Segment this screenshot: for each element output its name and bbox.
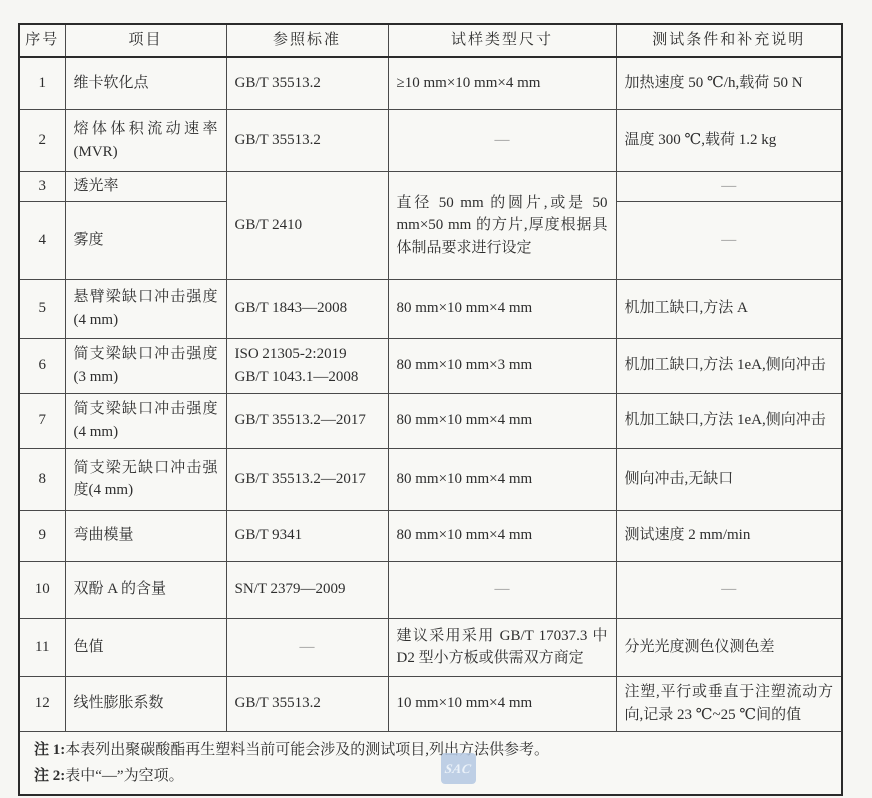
item-cell: 悬臂梁缺口冲击强度(4 mm) [65,279,226,338]
sample-cell: 10 mm×10 mm×4 mm [388,676,616,731]
condition-cell: 机加工缺口,方法 A [616,279,842,338]
condition-cell-empty: — [616,201,842,279]
condition-cell-empty: — [616,561,842,618]
item-cell: 雾度 [65,201,226,279]
item-cell: 色值 [65,618,226,676]
condition-cell: 侧向冲击,无缺口 [616,448,842,510]
row-number-cell: 8 [19,448,65,510]
sac-watermark-text: SAC [444,761,473,777]
table-row: 6 简支梁缺口冲击强度(3 mm) ISO 21305-2:2019 GB/T … [19,338,842,393]
sample-cell: 建议采用采用 GB/T 17037.3 中 D2 型小方板或供需双方商定 [388,618,616,676]
table-row: 11 色值 — 建议采用采用 GB/T 17037.3 中 D2 型小方板或供需… [19,618,842,676]
table-row: 1 维卡软化点 GB/T 35513.2 ≥10 mm×10 mm×4 mm 加… [19,57,842,110]
row-number-cell: 1 [19,57,65,110]
table-row: 9 弯曲模量 GB/T 9341 80 mm×10 mm×4 mm 测试速度 2… [19,510,842,561]
standard-line-1: ISO 21305-2:2019 [235,343,380,366]
sample-cell: 80 mm×10 mm×4 mm [388,279,616,338]
note-2: 注 2:表中“—”为空项。 [34,763,835,789]
item-cell: 简支梁无缺口冲击强度(4 mm) [65,448,226,510]
table-header-row: 序号 项目 参照标准 试样类型尺寸 测试条件和补充说明 [19,24,842,57]
row-number-cell: 6 [19,338,65,393]
table-row: 3 透光率 GB/T 2410 直径 50 mm 的圆片,或是 50 mm×50… [19,172,842,202]
note-1: 注 1:本表列出聚碳酸酯再生塑料当前可能会涉及的测试项目,列出方法供参考。 [34,737,835,763]
table-row: 10 双酚 A 的含量 SN/T 2379—2009 — — [19,561,842,618]
item-cell: 简支梁缺口冲击强度(4 mm) [65,393,226,448]
row-number-cell: 12 [19,676,65,731]
condition-cell: 注塑,平行或垂直于注塑流动方向,记录 23 ℃~25 ℃间的值 [616,676,842,731]
note-1-text: 本表列出聚碳酸酯再生塑料当前可能会涉及的测试项目,列出方法供参考。 [65,742,549,758]
item-cell: 维卡软化点 [65,57,226,110]
row-number-cell: 11 [19,618,65,676]
condition-cell: 分光光度测色仪测色差 [616,618,842,676]
notes-cell: 注 1:本表列出聚碳酸酯再生塑料当前可能会涉及的测试项目,列出方法供参考。 注 … [19,731,842,795]
standard-cell: GB/T 35513.2—2017 [226,393,388,448]
item-cell: 透光率 [65,172,226,202]
standard-cell: GB/T 35513.2—2017 [226,448,388,510]
row-number-cell: 5 [19,279,65,338]
item-cell: 线性膨胀系数 [65,676,226,731]
standard-cell: SN/T 2379—2009 [226,561,388,618]
condition-cell: 机加工缺口,方法 1eA,侧向冲击 [616,338,842,393]
row-number-cell: 3 [19,172,65,202]
sample-cell: 80 mm×10 mm×4 mm [388,510,616,561]
sample-cell: 80 mm×10 mm×4 mm [388,448,616,510]
standard-cell: GB/T 35513.2 [226,676,388,731]
item-cell: 简支梁缺口冲击强度(3 mm) [65,338,226,393]
standard-cell: GB/T 35513.2 [226,57,388,110]
note-1-label: 注 1: [34,742,65,758]
condition-cell: 温度 300 ℃,载荷 1.2 kg [616,110,842,172]
condition-cell-empty: — [616,172,842,202]
standard-cell-empty: — [226,618,388,676]
condition-cell: 机加工缺口,方法 1eA,侧向冲击 [616,393,842,448]
sample-cell-empty: — [388,110,616,172]
sac-watermark-logo: SAC [441,753,476,784]
header-condition: 测试条件和补充说明 [616,24,842,57]
item-cell: 弯曲模量 [65,510,226,561]
header-standard: 参照标准 [226,24,388,57]
header-sample: 试样类型尺寸 [388,24,616,57]
sample-cell: 80 mm×10 mm×4 mm [388,393,616,448]
sample-cell: ≥10 mm×10 mm×4 mm [388,57,616,110]
header-no: 序号 [19,24,65,57]
row-number-cell: 2 [19,110,65,172]
row-number-cell: 9 [19,510,65,561]
scanned-document-page: 序号 项目 参照标准 试样类型尺寸 测试条件和补充说明 1 维卡软化点 GB/T… [0,0,872,798]
test-items-table: 序号 项目 参照标准 试样类型尺寸 测试条件和补充说明 1 维卡软化点 GB/T… [18,23,843,796]
standard-cell: ISO 21305-2:2019 GB/T 1043.1—2008 [226,338,388,393]
sample-cell-empty: — [388,561,616,618]
standard-line-2: GB/T 1043.1—2008 [235,366,380,389]
standard-cell-merged: GB/T 2410 [226,172,388,280]
sample-cell-merged: 直径 50 mm 的圆片,或是 50 mm×50 mm 的方片,厚度根据具体制品… [388,172,616,280]
condition-cell: 测试速度 2 mm/min [616,510,842,561]
table-row: 7 简支梁缺口冲击强度(4 mm) GB/T 35513.2—2017 80 m… [19,393,842,448]
row-number-cell: 7 [19,393,65,448]
standard-cell: GB/T 1843—2008 [226,279,388,338]
table-notes-row: 注 1:本表列出聚碳酸酯再生塑料当前可能会涉及的测试项目,列出方法供参考。 注 … [19,731,842,795]
item-cell: 双酚 A 的含量 [65,561,226,618]
row-number-cell: 10 [19,561,65,618]
table-row: 8 简支梁无缺口冲击强度(4 mm) GB/T 35513.2—2017 80 … [19,448,842,510]
header-item: 项目 [65,24,226,57]
note-2-text: 表中“—”为空项。 [65,768,183,784]
item-cell: 熔体体积流动速率(MVR) [65,110,226,172]
sample-cell: 80 mm×10 mm×3 mm [388,338,616,393]
standard-cell: GB/T 9341 [226,510,388,561]
note-2-label: 注 2: [34,768,65,784]
standard-cell: GB/T 35513.2 [226,110,388,172]
condition-cell: 加热速度 50 ℃/h,载荷 50 N [616,57,842,110]
table-row: 12 线性膨胀系数 GB/T 35513.2 10 mm×10 mm×4 mm … [19,676,842,731]
table-row: 5 悬臂梁缺口冲击强度(4 mm) GB/T 1843—2008 80 mm×1… [19,279,842,338]
table-row: 2 熔体体积流动速率(MVR) GB/T 35513.2 — 温度 300 ℃,… [19,110,842,172]
row-number-cell: 4 [19,201,65,279]
